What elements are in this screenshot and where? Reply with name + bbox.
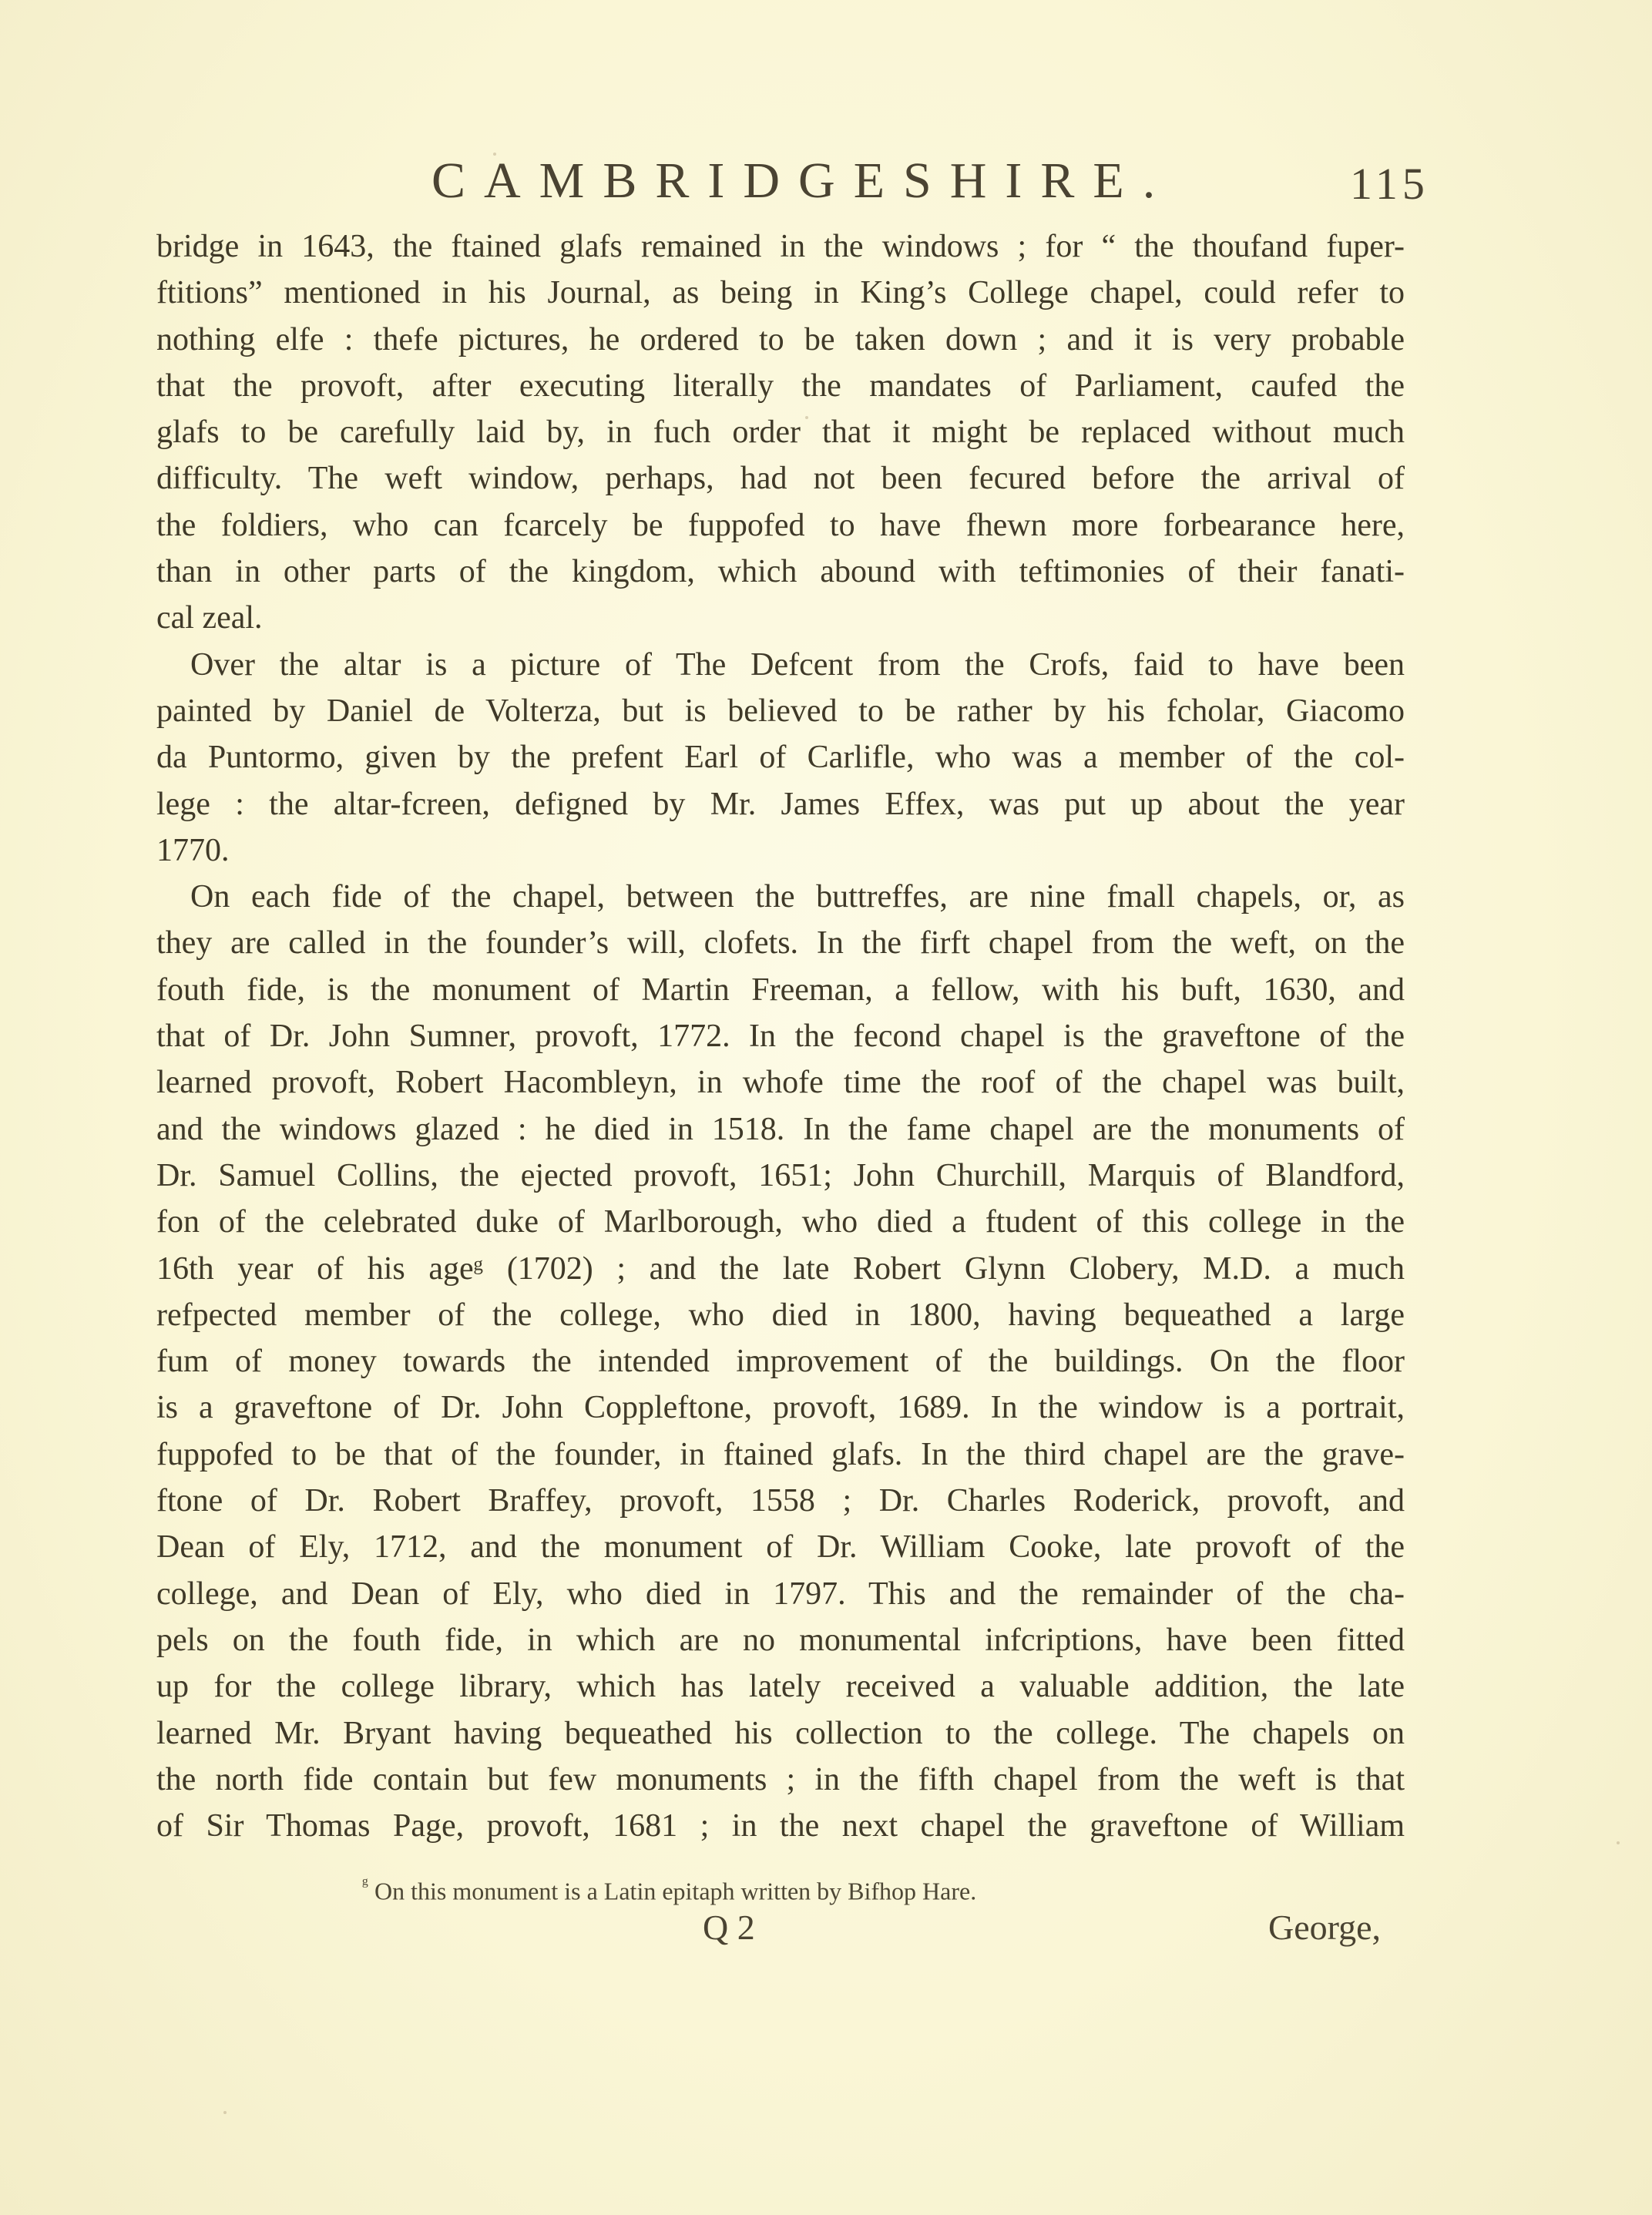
- text-line: Dean of Ely, 1712, and the monument of D…: [156, 1524, 1405, 1570]
- text-line: pels on the fouth fide, in which are no …: [156, 1617, 1405, 1663]
- text-line: Dr. Samuel Collins, the ejected provoft,…: [156, 1153, 1405, 1199]
- text-line: is a graveftone of Dr. John Coppleftone,…: [156, 1384, 1405, 1431]
- text-line: painted by Daniel de Volterza, but is be…: [156, 688, 1405, 734]
- running-head: CAMBRIDGESHIRE.: [431, 154, 1110, 208]
- footnote-text: On this monument is a Latin epitaph writ…: [374, 1878, 976, 1905]
- footnote-marker: ᵍ: [362, 1872, 368, 1895]
- text-line: learned Mr. Bryant having bequeathed his…: [156, 1710, 1405, 1757]
- text-line: 1770.: [156, 827, 1405, 874]
- text-line: da Puntormo, given by the prefent Earl o…: [156, 734, 1405, 780]
- text-line: ftone of Dr. Robert Braffey, provoft, 15…: [156, 1478, 1405, 1524]
- text-line: cal zeal.: [156, 595, 1405, 641]
- paper-speck: [1617, 1841, 1620, 1844]
- text-line: ftitions” mentioned in his Journal, as b…: [156, 270, 1405, 316]
- text-line: and the windows glazed : he died in 1518…: [156, 1106, 1405, 1153]
- text-line: than in other parts of the kingdom, whic…: [156, 549, 1405, 595]
- text-line: the north fide contain but few monuments…: [156, 1757, 1405, 1803]
- text-line: Over the altar is a picture of The Defce…: [156, 642, 1405, 688]
- paper-speck: [223, 2111, 227, 2114]
- text-line: they are called in the founder’s will, c…: [156, 920, 1405, 966]
- text-line: bridge in 1643, the ftained glafs remain…: [156, 223, 1405, 270]
- text-line: refpected member of the college, who die…: [156, 1292, 1405, 1338]
- text-line: lege : the altar-fcreen, defigned by Mr.…: [156, 781, 1405, 827]
- text-line: difficulty. The weft window, perhaps, ha…: [156, 455, 1405, 502]
- paper-speck: [805, 416, 808, 419]
- text-line: college, and Dean of Ely, who died in 17…: [156, 1571, 1405, 1617]
- text-line: fum of money towards the intended improv…: [156, 1338, 1405, 1384]
- text-line: fouth fide, is the monument of Martin Fr…: [156, 967, 1405, 1013]
- text-line: 16th year of his ageᵍ (1702) ; and the l…: [156, 1246, 1405, 1292]
- text-line: fon of the celebrated duke of Marlboroug…: [156, 1199, 1405, 1245]
- paper-speck: [493, 153, 496, 156]
- catchword: George,: [1268, 1907, 1381, 1948]
- page-number: 115: [1350, 158, 1429, 210]
- body-text: bridge in 1643, the ftained glafs remain…: [156, 223, 1405, 1849]
- text-line: nothing elfe : thefe pictures, he ordere…: [156, 317, 1405, 363]
- text-line: fuppofed to be that of the founder, in f…: [156, 1431, 1405, 1478]
- footnote: ᵍ On this monument is a Latin epitaph wr…: [362, 1872, 976, 1906]
- text-line: learned provoft, Robert Hacombleyn, in w…: [156, 1059, 1405, 1106]
- signature-mark: Q 2: [703, 1907, 755, 1948]
- text-line: the foldiers, who can fcarcely be fuppof…: [156, 502, 1405, 549]
- text-line: glafs to be carefully laid by, in fuch o…: [156, 409, 1405, 455]
- text-line: that the provoft, after executing litera…: [156, 363, 1405, 409]
- text-line: that of Dr. John Sumner, provoft, 1772. …: [156, 1013, 1405, 1059]
- text-line: On each fide of the chapel, between the …: [156, 874, 1405, 920]
- text-line: of Sir Thomas Page, provoft, 1681 ; in t…: [156, 1803, 1405, 1849]
- text-line: up for the college library, which has la…: [156, 1663, 1405, 1710]
